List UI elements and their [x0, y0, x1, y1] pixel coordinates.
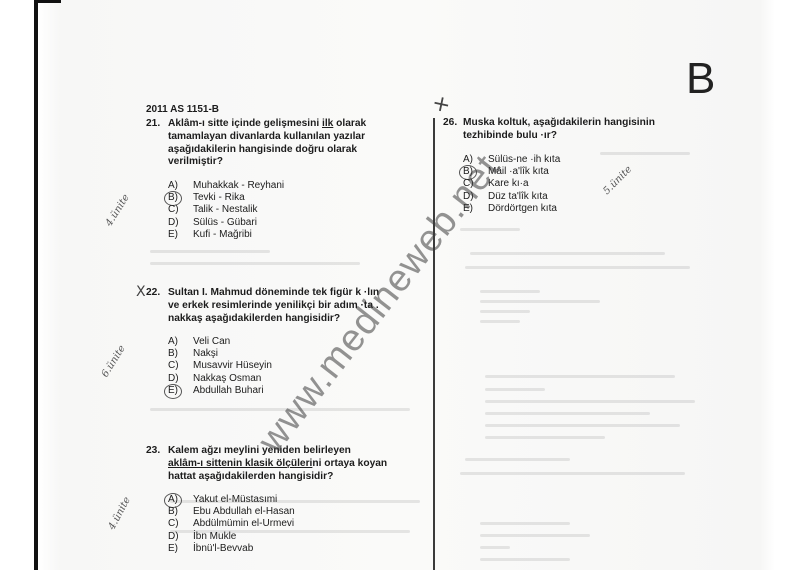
question-number: 23. — [146, 445, 160, 458]
question-stem: Aklâm-ı sitte içinde gelişmesini ilk ola… — [168, 118, 404, 169]
answer-circle-mark — [164, 384, 182, 399]
stem-line-2: aklâm-ı sittenin klasik ölçülerini ortay… — [168, 458, 404, 471]
exam-code: 2011 AS 1151-B — [146, 104, 219, 115]
option-e[interactable]: E)İbnü'l-Bevvab — [168, 543, 295, 555]
page-left-border — [34, 0, 38, 570]
underlined-phrase: aklâm-ı sittenin klasik ölçüleri — [168, 458, 312, 469]
stem-line-1: Muska koltuk, aşağıdakilerin hangisinin — [463, 117, 721, 130]
option-a[interactable]: A)Yakut el-Müstasımi — [168, 494, 295, 506]
question-stem: Muska koltuk, aşağıdakilerin hangisinin … — [463, 117, 721, 143]
option-b[interactable]: B)Ebu Abdullah el-Hasan — [168, 506, 295, 518]
question-number: 21. — [146, 118, 160, 131]
stem-line-2: tezhibinde bulu ·ır? — [463, 130, 721, 143]
option-c[interactable]: C)Talik - Nestalik — [168, 204, 284, 216]
stem-line-4: verilmiştir? — [168, 156, 404, 169]
option-e[interactable]: E)Kufi - Mağribi — [168, 229, 284, 241]
option-d[interactable]: D)İbn Mukle — [168, 531, 295, 543]
question-number: 26. — [443, 117, 457, 130]
margin-x-mark: X — [136, 284, 146, 300]
options-21: A)Muhakkak - Reyhani B)Tevki - Rika C)Ta… — [168, 180, 284, 241]
option-a[interactable]: A)Veli Can — [168, 336, 272, 348]
option-a[interactable]: A)Muhakkak - Reyhani — [168, 180, 284, 192]
page-corner-mark — [34, 0, 61, 3]
stem-line-1: Aklâm-ı sitte içinde gelişmesini ilk ola… — [168, 118, 404, 131]
stem-line-3: aşağıdakilerin hangisinde doğru olarak — [168, 144, 404, 157]
option-b[interactable]: B)Nakşi — [168, 348, 272, 360]
column-divider — [433, 118, 435, 570]
booklet-letter: B — [686, 57, 715, 101]
options-23: A)Yakut el-Müstasımi B)Ebu Abdullah el-H… — [168, 494, 295, 555]
option-d[interactable]: D)Sülüs - Gübari — [168, 217, 284, 229]
underlined-word: ilk — [322, 118, 333, 129]
stem-line-3: hattat aşağıdakilerden hangisidir? — [168, 471, 404, 484]
option-d[interactable]: D)Nakkaş Osman — [168, 373, 272, 385]
option-c[interactable]: C)Abdülmümin el-Urmevi — [168, 518, 295, 530]
stem-line-2: tamamlayan divanlarda kullanılan yazılar — [168, 131, 404, 144]
question-number: 22. — [146, 287, 160, 300]
option-b[interactable]: B)Tevki - Rika — [168, 192, 284, 204]
options-22: A)Veli Can B)Nakşi C)Musavvir Hüseyin D)… — [168, 336, 272, 397]
option-e[interactable]: E)Abdullah Buhari — [168, 385, 272, 397]
option-c[interactable]: C)Musavvir Hüseyin — [168, 360, 272, 372]
